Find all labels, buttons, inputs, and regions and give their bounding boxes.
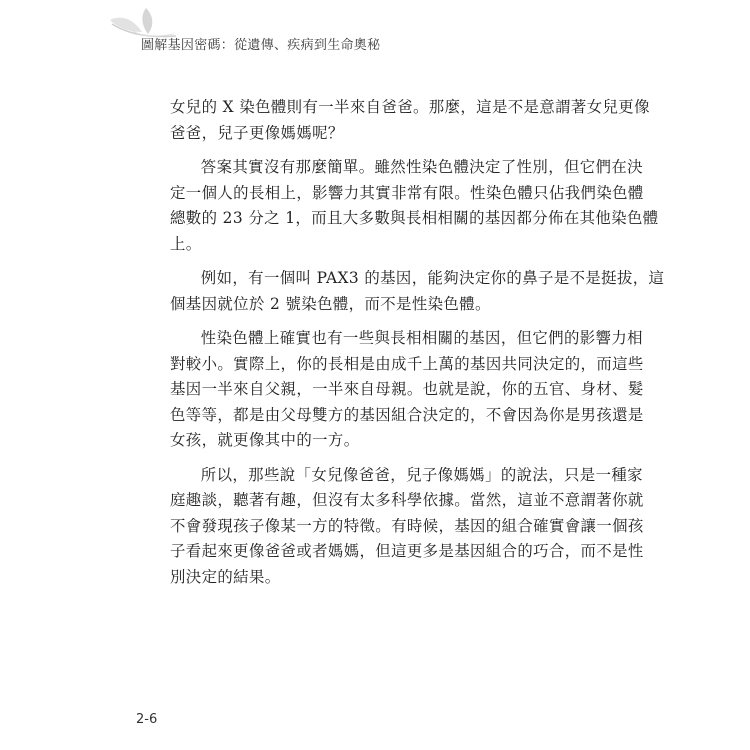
- text-line: 個基因就位於 2 號染色體，而不是性染色體。: [170, 292, 580, 318]
- paragraph-2: 答案其實沒有那麼簡單。雖然性染色體決定了性別，但它們在決 定一個人的長相上，影響…: [170, 155, 580, 257]
- text-line: 對較小。實際上，你的長相是由成千上萬的基因共同決定的，而這些: [170, 352, 580, 378]
- running-header: 圖解基因密碼：從遺傳、疾病到生命奧秘: [141, 34, 380, 53]
- text-line: 上。: [170, 232, 580, 258]
- text-line: 色等等，都是由父母雙方的基因組合決定的，不會因為你是男孩還是: [170, 403, 580, 429]
- text-line: 基因一半來自父親，一半來自母親。也就是說，你的五官、身材、髮: [170, 377, 580, 403]
- paragraph-5: 所以，那些說「女兒像爸爸，兒子像媽媽」的說法，只是一種家 庭趣談，聽著有趣，但沒…: [170, 463, 580, 591]
- text-line: 不會發現孩子像某一方的特徵。有時候，基因的組合確實會讓一個孩: [170, 514, 580, 540]
- paragraph-3: 例如，有一個叫 PAX3 的基因，能夠決定你的鼻子是不是挺拔，這 個基因就位於 …: [170, 266, 580, 317]
- text-line: 別決定的結果。: [170, 565, 580, 591]
- text-line: 總數的 23 分之 1，而且大多數與長相相關的基因都分佈在其他染色體: [170, 206, 580, 232]
- text-line: 子看起來更像爸爸或者媽媽，但這更多是基因組合的巧合，而不是性: [170, 539, 580, 565]
- text-line: 性染色體上確實也有一些與長相相關的基因，但它們的影響力相: [170, 326, 580, 352]
- body-text: 女兒的 X 染色體則有一半來自爸爸。那麼，這是不是意謂著女兒更像 爸爸，兒子更像…: [170, 95, 580, 599]
- paragraph-1: 女兒的 X 染色體則有一半來自爸爸。那麼，這是不是意謂著女兒更像 爸爸，兒子更像…: [170, 95, 580, 146]
- text-line: 例如，有一個叫 PAX3 的基因，能夠決定你的鼻子是不是挺拔，這: [170, 266, 580, 292]
- text-line: 定一個人的長相上，影響力其實非常有限。性染色體只佔我們染色體: [170, 181, 580, 207]
- page-number: 2-6: [136, 712, 157, 727]
- text-line: 女孩，就更像其中的一方。: [170, 428, 580, 454]
- paragraph-4: 性染色體上確實也有一些與長相相關的基因，但它們的影響力相 對較小。實際上，你的長…: [170, 326, 580, 454]
- book-page: 圖解基因密碼：從遺傳、疾病到生命奧秘 女兒的 X 染色體則有一半來自爸爸。那麼，…: [0, 0, 750, 750]
- text-line: 女兒的 X 染色體則有一半來自爸爸。那麼，這是不是意謂著女兒更像: [170, 95, 580, 121]
- text-line: 爸爸，兒子更像媽媽呢？: [170, 121, 580, 147]
- text-line: 所以，那些說「女兒像爸爸，兒子像媽媽」的說法，只是一種家: [170, 463, 580, 489]
- text-line: 答案其實沒有那麼簡單。雖然性染色體決定了性別，但它們在決: [170, 155, 580, 181]
- text-line: 庭趣談，聽著有趣，但沒有太多科學依據。當然，這並不意謂著你就: [170, 488, 580, 514]
